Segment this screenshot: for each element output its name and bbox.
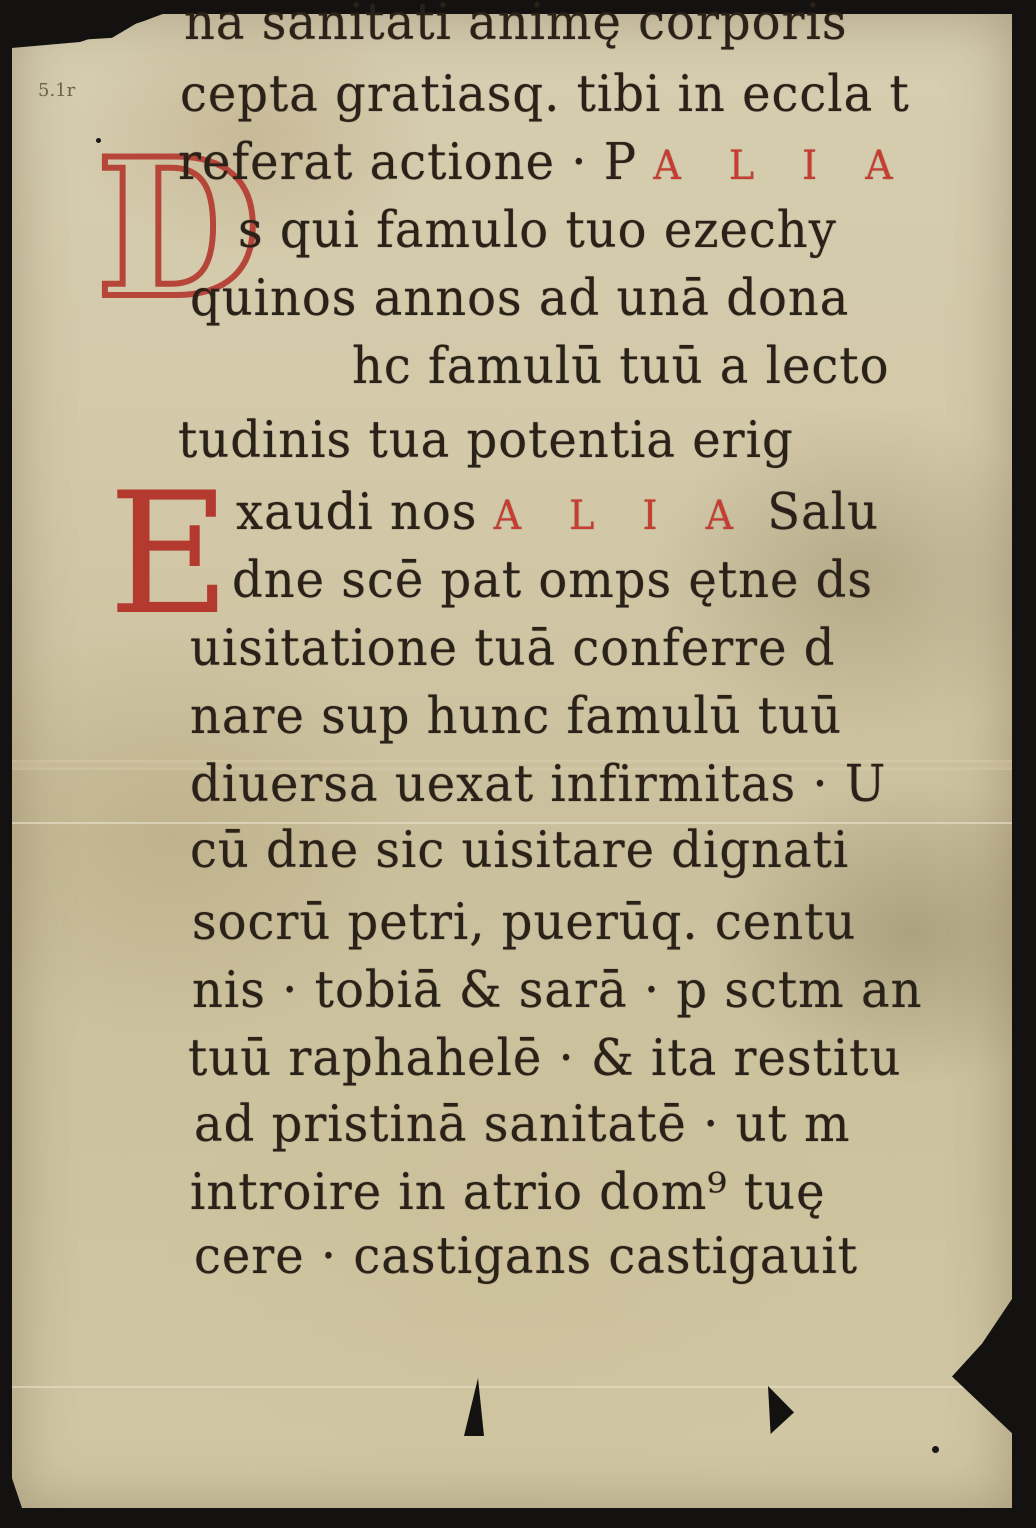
text-line-7: tudinis tua potentia erig [178,411,1028,470]
text-line-19: cere · castigans castigauit [194,1227,1028,1286]
manuscript-text: na sanitati animę corporis cepta gratias… [0,0,1036,1528]
text-line-16: tuū raphahelē · & ita restitu [188,1029,1028,1088]
text-line-3: referat actione · P A L I A [178,133,1018,192]
text-line-18: introire in atrio dom⁹ tuę [190,1163,1028,1222]
text-line-14: socrū petri, puerūq. centu [192,893,1028,952]
text-line-11: nare sup hunc famulū tuū [190,687,1028,746]
text-line-9: dne scē pat omps ętne ds [232,551,1028,610]
text-line-4: s qui famulo tuo ezechy [238,201,1028,260]
text-line-1: na sanitati animę corporis [184,0,1014,51]
text-line-10: uisitatione tuā conferre d [190,619,1028,678]
text-line-17: ad pristinā sanitatē · ut m [194,1095,1028,1154]
text-line-5: quinos annos ad unā dona [190,269,1026,328]
text-line-6: hc famulū tuū a lecto [352,337,1028,396]
text-line-2: cepta gratiasq. tibi in eccla t [180,65,1030,124]
rubric-alia: A L I A [494,492,751,538]
rubric-alia: A L I A [653,142,910,188]
text-line-13: cū dne sic uisitare dignati [190,821,1028,880]
text-line-15: nis · tobiā & sarā · p sctm an [192,961,1028,1020]
text-line-8: xaudi nos A L I A Salu [236,483,1026,542]
text-line-12: diuersa uexat infirmitas · U [190,755,1028,814]
